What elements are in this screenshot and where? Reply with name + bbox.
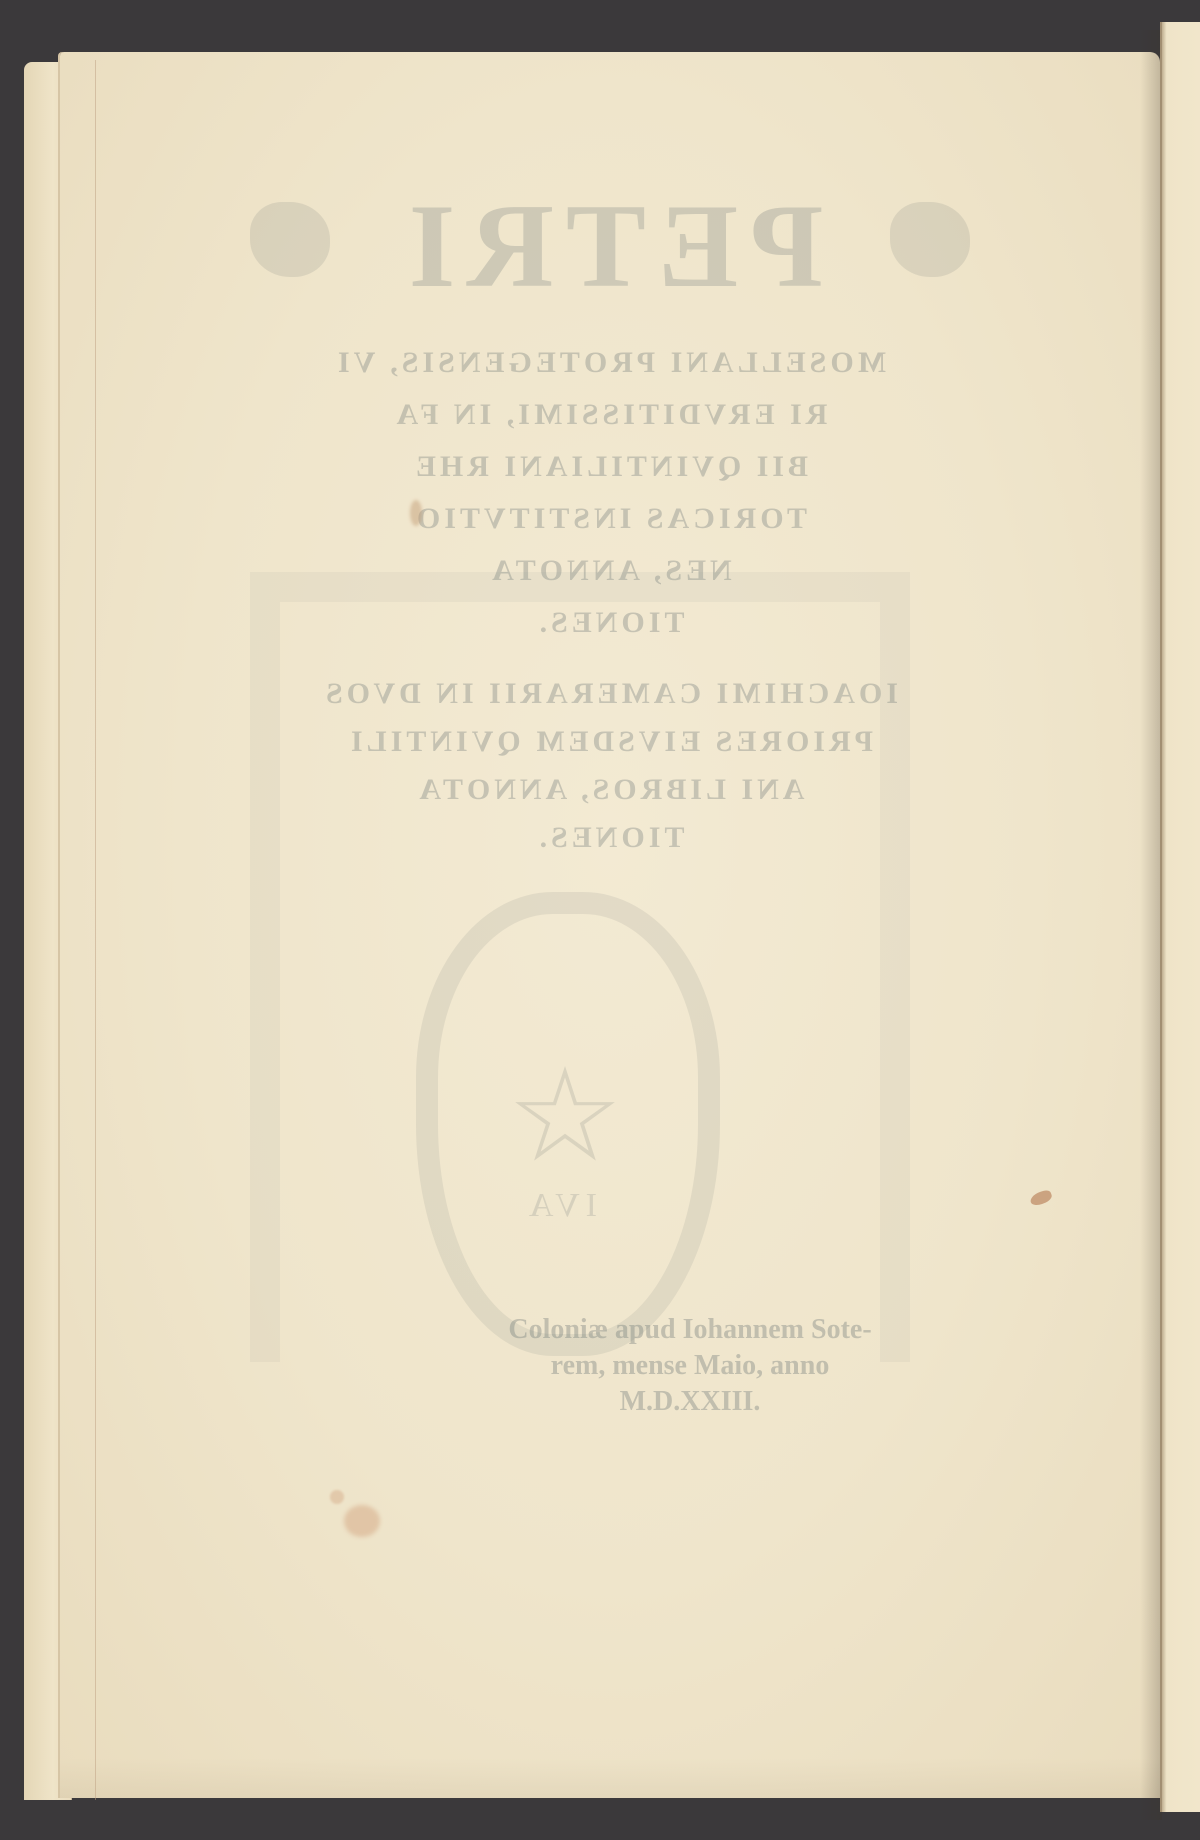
foxing-stain: [344, 1505, 380, 1537]
book-scan: PETRI MOSELLANI PROTEGENSIS, VI RI ERVDI…: [0, 0, 1200, 1840]
gutter-shadow: [1140, 30, 1162, 1820]
page-verso: [60, 52, 1160, 1798]
page-fold-line: [95, 60, 96, 1800]
facing-page-edge: [1160, 22, 1200, 1812]
imprint-line: M.D.XXIII.: [220, 1384, 1160, 1420]
imprint: Coloniæ apud Iohannem Sote- rem, mense M…: [60, 1312, 1160, 1420]
imprint-line: rem, mense Maio, anno: [220, 1348, 1160, 1384]
imprint-line: Coloniæ apud Iohannem Sote-: [220, 1312, 1160, 1348]
foxing-stain: [410, 500, 422, 526]
foxing-stain: [330, 1490, 344, 1504]
